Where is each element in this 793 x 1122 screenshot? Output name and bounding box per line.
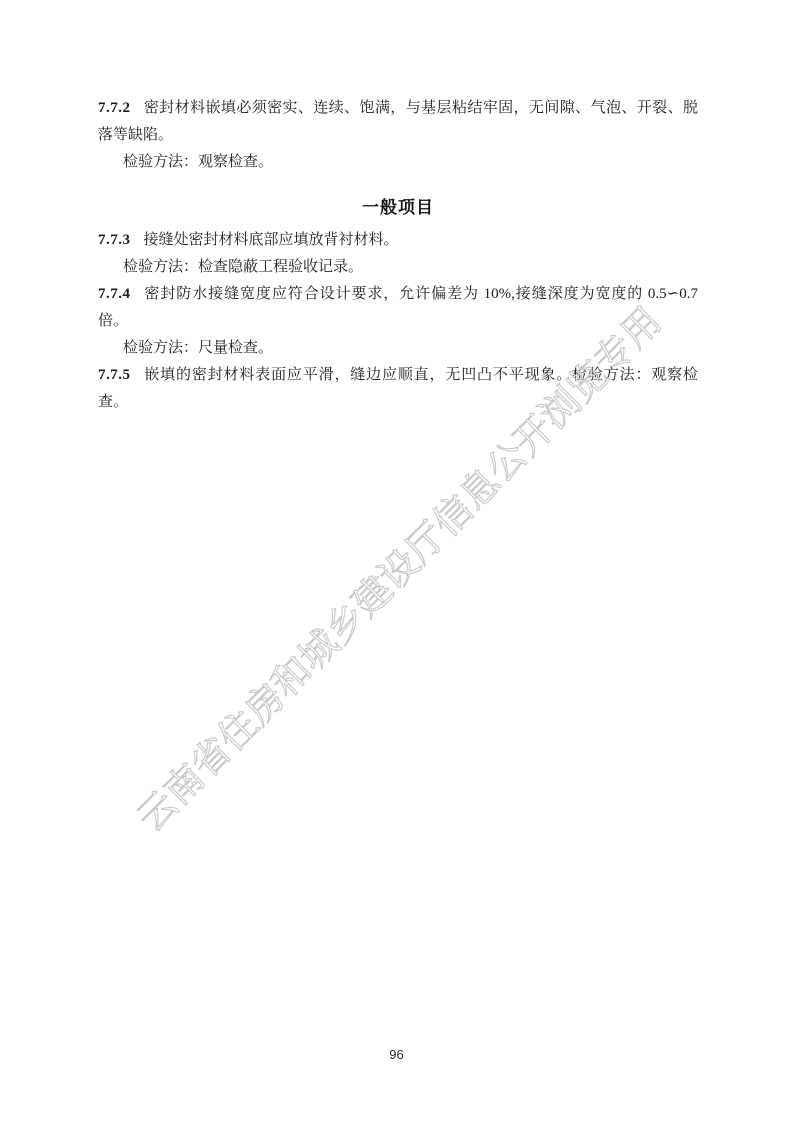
clause-number: 7.7.3	[98, 232, 131, 248]
clause-number: 7.7.2	[98, 100, 131, 116]
clause-text: 接缝处密封材料底部应填放背衬材料。	[144, 232, 399, 248]
clause-7-7-4-method: 检验方法：尺量检查。	[98, 335, 698, 362]
clause-7-7-2-method: 检验方法：观察检查。	[98, 149, 698, 176]
document-body: 7.7.2密封材料嵌填必须密实、连续、饱满，与基层粘结牢固，无间隙、气泡、开裂、…	[98, 95, 698, 416]
section-heading: 一般项目	[98, 194, 698, 221]
clause-text: 密封防水接缝宽度应符合设计要求，允许偏差为 10%,接缝深度为宽度的 0.5∽0…	[98, 286, 698, 329]
clause-7-7-3-method: 检验方法：检查隐蔽工程验收记录。	[98, 254, 698, 281]
clause-text: 嵌填的密封材料表面应平滑，缝边应顺直，无凹凸不平现象。检验方法：观察检查。	[98, 367, 698, 410]
clause-text: 密封材料嵌填必须密实、连续、饱满，与基层粘结牢固，无间隙、气泡、开裂、脱落等缺陷…	[98, 100, 698, 143]
clause-number: 7.7.5	[98, 367, 131, 383]
page-number: 96	[0, 1047, 793, 1062]
clause-7-7-5: 7.7.5嵌填的密封材料表面应平滑，缝边应顺直，无凹凸不平现象。检验方法：观察检…	[98, 362, 698, 416]
document-page: 7.7.2密封材料嵌填必须密实、连续、饱满，与基层粘结牢固，无间隙、气泡、开裂、…	[0, 0, 793, 1122]
clause-7-7-4: 7.7.4密封防水接缝宽度应符合设计要求，允许偏差为 10%,接缝深度为宽度的 …	[98, 281, 698, 335]
clause-number: 7.7.4	[98, 286, 131, 302]
clause-7-7-3: 7.7.3接缝处密封材料底部应填放背衬材料。	[98, 227, 698, 254]
clause-7-7-2: 7.7.2密封材料嵌填必须密实、连续、饱满，与基层粘结牢固，无间隙、气泡、开裂、…	[98, 95, 698, 149]
